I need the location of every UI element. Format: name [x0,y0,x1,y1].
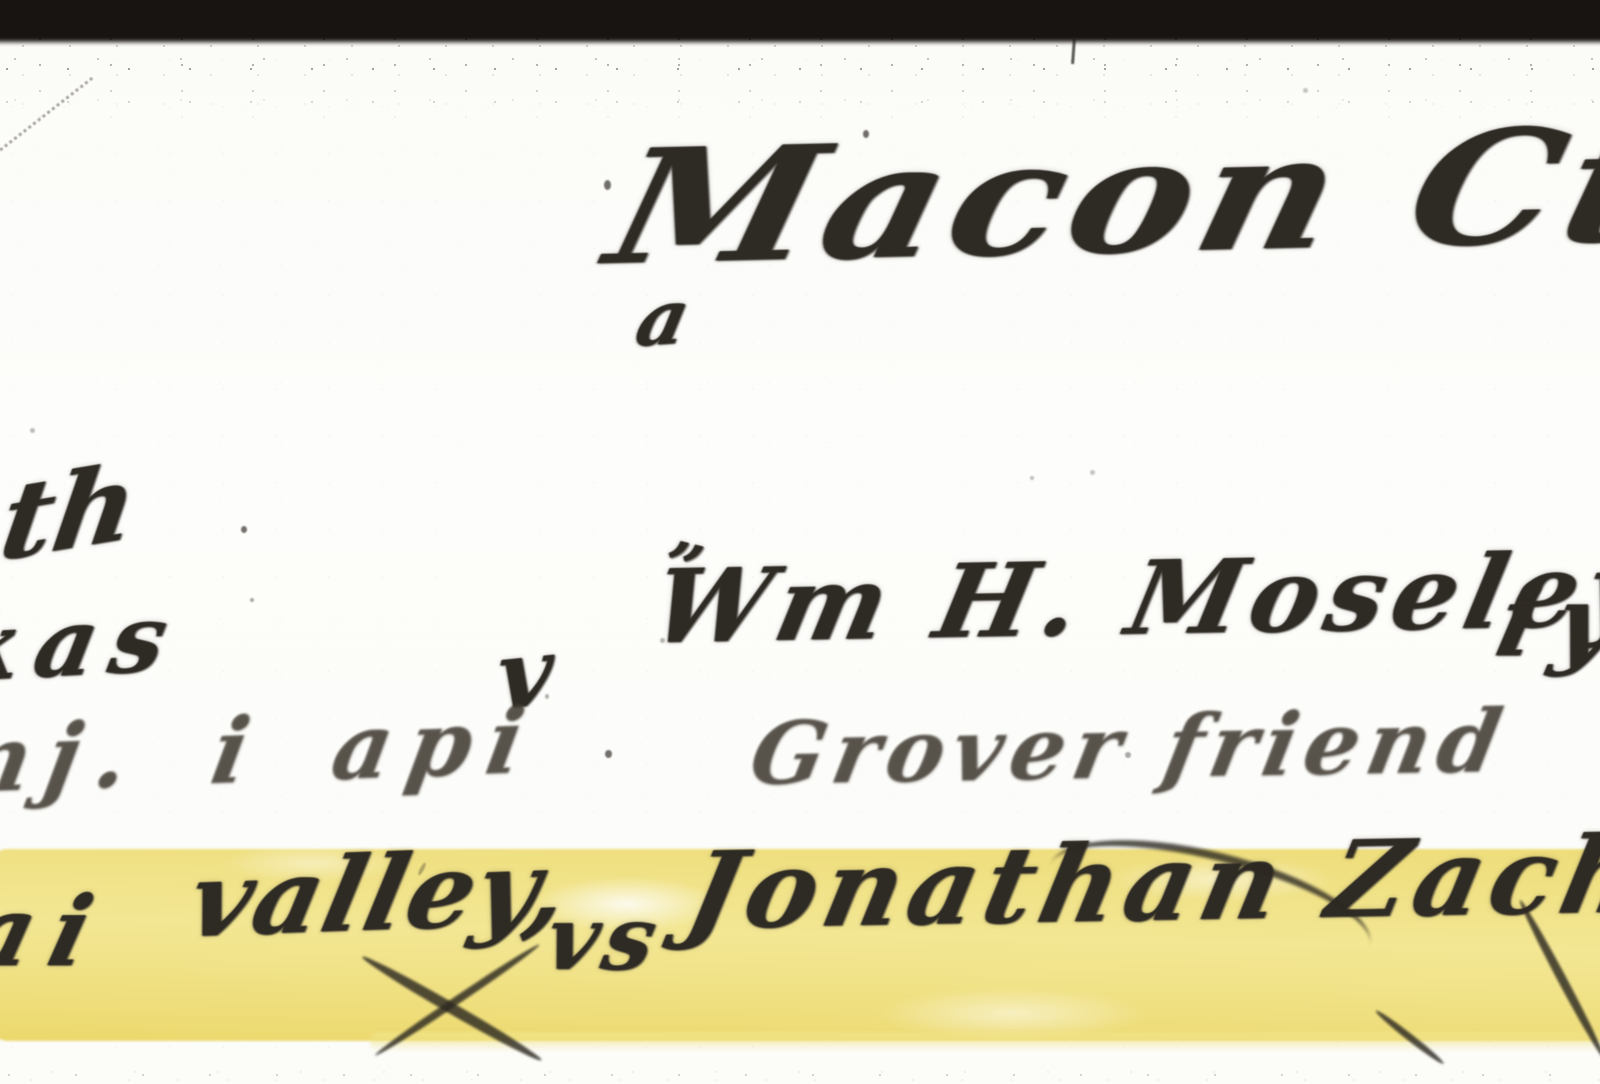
handwriting-faint-left-fragment: nj. i api [0,696,546,806]
ink-speck [863,130,869,138]
ink-speck [250,598,254,602]
ink-speck [241,526,247,533]
handwriting-word-vs: vs [539,894,670,982]
ink-speck [1090,470,1095,475]
handwriting-faint-center-line: Grover friend [744,699,1516,798]
ink-speck [1125,752,1131,758]
ink-speck [1030,476,1034,480]
ink-speck [605,750,612,758]
handwriting-name-line: Wm H. Moseley [644,539,1600,658]
handwriting-county-line: Macon Cty [596,104,1600,288]
scan-bottom-speckle [0,1066,1600,1084]
ink-speck [604,180,611,190]
handwriting-word-valley: valley, [181,835,580,952]
scanned-document-page: a Macon Cty th kas v ” Wm H. Moseley iy … [0,0,1600,1084]
handwriting-left-margin-lower-fragment: kas [0,590,189,695]
ink-speck [545,694,549,699]
ink-speck [30,428,35,433]
ink-speck [660,638,665,643]
ink-speck [1303,88,1308,93]
handwriting-left-margin-upper-fragment: th [0,449,144,578]
